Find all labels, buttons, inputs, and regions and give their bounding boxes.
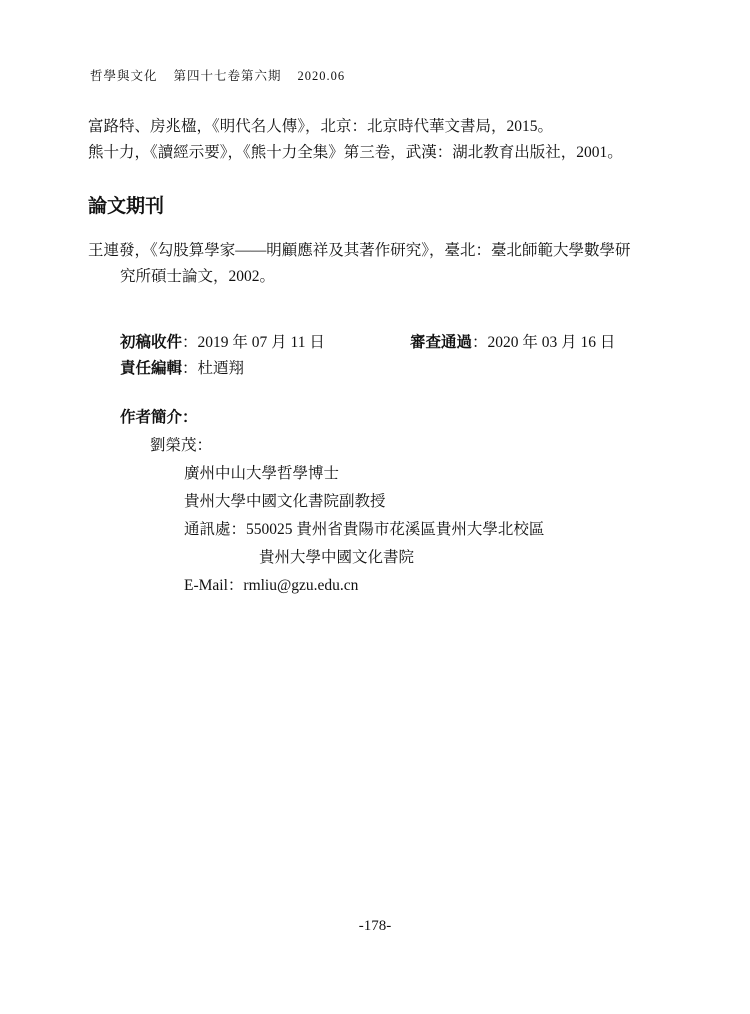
author-email: E-Mail：rmliu@gzu.edu.cn: [120, 572, 544, 600]
reference-line: 王連發，《勾股算學家——明顧應祥及其著作研究》，臺北：臺北師範大學數學研: [88, 242, 631, 259]
author-position: 貴州大學中國文化書院副教授: [120, 488, 544, 516]
reference-entry: 富路特、房兆楹，《明代名人傳》，北京：北京時代華文書局，2015。: [88, 114, 553, 140]
approved-value: ：2020 年 03 月 16 日: [472, 334, 615, 351]
author-address-continued: 貴州大學中國文化書院: [120, 544, 544, 572]
editor-label: 責任編輯: [120, 360, 182, 377]
author-degree: 廣州中山大學哲學博士: [120, 460, 544, 488]
section-title: 論文期刊: [88, 191, 164, 218]
received-value: ：2019 年 07 月 11 日: [182, 334, 325, 351]
reference-entry-thesis: 王連發，《勾股算學家——明顧應祥及其著作研究》，臺北：臺北師範大學數學研 究所碩…: [88, 238, 648, 290]
approved-date: 審查通過：2020 年 03 月 16 日: [410, 330, 615, 356]
received-date: 初稿收件：2019 年 07 月 11 日: [120, 330, 325, 356]
issue-date: 2020.06: [298, 69, 346, 83]
author-bio: 作者簡介： 劉榮茂： 廣州中山大學哲學博士 貴州大學中國文化書院副教授 通訊處：…: [120, 404, 544, 600]
issue-label: 第四十七卷第六期: [174, 69, 282, 83]
responsible-editor: 責任編輯：杜逎翔: [120, 356, 244, 382]
author-heading: 作者簡介：: [120, 404, 544, 432]
author-name: 劉榮茂：: [120, 432, 544, 460]
editor-value: ：杜逎翔: [182, 360, 244, 377]
reference-entry: 熊十力，《讀經示要》，《熊十力全集》第三卷，武漢：湖北教育出版社，2001。: [88, 140, 623, 166]
approved-label: 審查通過: [410, 334, 472, 351]
author-address: 通訊處：550025 貴州省貴陽市花溪區貴州大學北校區: [120, 516, 544, 544]
reference-line-continued: 究所碩士論文，2002。: [88, 264, 648, 290]
journal-name: 哲學與文化: [90, 69, 158, 83]
received-label: 初稿收件: [120, 334, 182, 351]
running-header: 哲學與文化第四十七卷第六期2020.06: [90, 66, 345, 84]
page-number: -178-: [0, 918, 750, 935]
